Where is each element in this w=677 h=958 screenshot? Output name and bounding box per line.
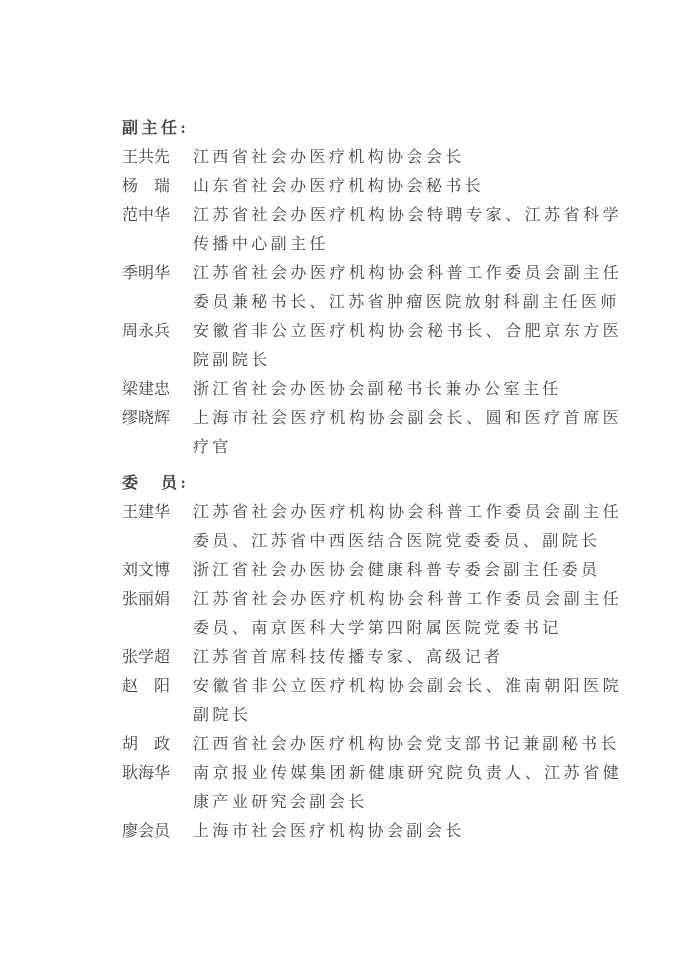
member-name: 张学超 [122, 643, 170, 672]
member-name: 赵 阳 [122, 672, 170, 701]
member-role: 安徽省非公立医疗机构协会副会长、淮南朝阳医院副院长 [193, 672, 622, 730]
member-row: 廖会员上海市社会医疗机构协会副会长 [122, 817, 622, 846]
member-role: 江苏省社会办医疗机构协会特聘专家、江苏省科学传播中心副主任 [193, 201, 622, 259]
member-role: 上海市社会医疗机构协会副会长、圆和医疗首席医疗官 [193, 404, 622, 462]
member-row: 缪晓辉上海市社会医疗机构协会副会长、圆和医疗首席医疗官 [122, 404, 622, 462]
member-role: 浙江省社会办医协会健康科普专委会副主任委员 [193, 556, 622, 585]
member-name: 胡 政 [122, 730, 170, 759]
member-name: 梁建忠 [122, 375, 170, 404]
member-role: 山东省社会办医疗机构协会秘书长 [193, 172, 622, 201]
member-row: 杨 瑞山东省社会办医疗机构协会秘书长 [122, 172, 622, 201]
member-role: 江苏省社会办医疗机构协会科普工作委员会副主任委员兼秘书长、江苏省肿瘤医院放射科副… [193, 259, 622, 317]
member-row: 周永兵安徽省非公立医疗机构协会秘书长、合肥京东方医院副院长 [122, 317, 622, 375]
member-row: 王建华江苏省社会办医疗机构协会科普工作委员会副主任委员、江苏省中西医结合医院党委… [122, 498, 622, 556]
member-role: 江西省社会办医疗机构协会会长 [193, 143, 622, 172]
member-row: 刘文博浙江省社会办医协会健康科普专委会副主任委员 [122, 556, 622, 585]
document-content: 副主任:王共先江西省社会办医疗机构协会会长杨 瑞山东省社会办医疗机构协会秘书长范… [122, 114, 622, 846]
member-name: 缪晓辉 [122, 404, 170, 433]
member-role: 江苏省首席科技传播专家、高级记者 [193, 643, 622, 672]
member-row: 王共先江西省社会办医疗机构协会会长 [122, 143, 622, 172]
member-name: 杨 瑞 [122, 172, 170, 201]
section-title: 副主任: [122, 114, 622, 143]
member-name: 耿海华 [122, 759, 170, 788]
member-row: 张丽娟江苏省社会办医疗机构协会科普工作委员会副主任委员、南京医科大学第四附属医院… [122, 585, 622, 643]
member-row: 季明华江苏省社会办医疗机构协会科普工作委员会副主任委员兼秘书长、江苏省肿瘤医院放… [122, 259, 622, 317]
member-name: 刘文博 [122, 556, 170, 585]
member-name: 范中华 [122, 201, 170, 230]
member-role: 安徽省非公立医疗机构协会秘书长、合肥京东方医院副院长 [193, 317, 622, 375]
member-role: 浙江省社会办医协会副秘书长兼办公室主任 [193, 375, 622, 404]
member-name: 王共先 [122, 143, 170, 172]
member-role: 上海市社会医疗机构协会副会长 [193, 817, 622, 846]
member-row: 梁建忠浙江省社会办医协会副秘书长兼办公室主任 [122, 375, 622, 404]
section-title: 委 员: [122, 469, 622, 498]
member-row: 胡 政江西省社会办医疗机构协会党支部书记兼副秘书长 [122, 730, 622, 759]
member-row: 耿海华南京报业传媒集团新健康研究院负责人、江苏省健康产业研究会副会长 [122, 759, 622, 817]
member-row: 赵 阳安徽省非公立医疗机构协会副会长、淮南朝阳医院副院长 [122, 672, 622, 730]
member-role: 江西省社会办医疗机构协会党支部书记兼副秘书长 [193, 730, 622, 759]
member-role: 江苏省社会办医疗机构协会科普工作委员会副主任委员、江苏省中西医结合医院党委委员、… [193, 498, 622, 556]
member-name: 廖会员 [122, 817, 170, 846]
member-name: 季明华 [122, 259, 170, 288]
member-row: 范中华江苏省社会办医疗机构协会特聘专家、江苏省科学传播中心副主任 [122, 201, 622, 259]
member-name: 王建华 [122, 498, 170, 527]
member-name: 张丽娟 [122, 585, 170, 614]
member-role: 南京报业传媒集团新健康研究院负责人、江苏省健康产业研究会副会长 [193, 759, 622, 817]
member-name: 周永兵 [122, 317, 170, 346]
document-page: 副主任:王共先江西省社会办医疗机构协会会长杨 瑞山东省社会办医疗机构协会秘书长范… [0, 0, 677, 958]
member-role: 江苏省社会办医疗机构协会科普工作委员会副主任委员、南京医科大学第四附属医院党委书… [193, 585, 622, 643]
member-row: 张学超江苏省首席科技传播专家、高级记者 [122, 643, 622, 672]
